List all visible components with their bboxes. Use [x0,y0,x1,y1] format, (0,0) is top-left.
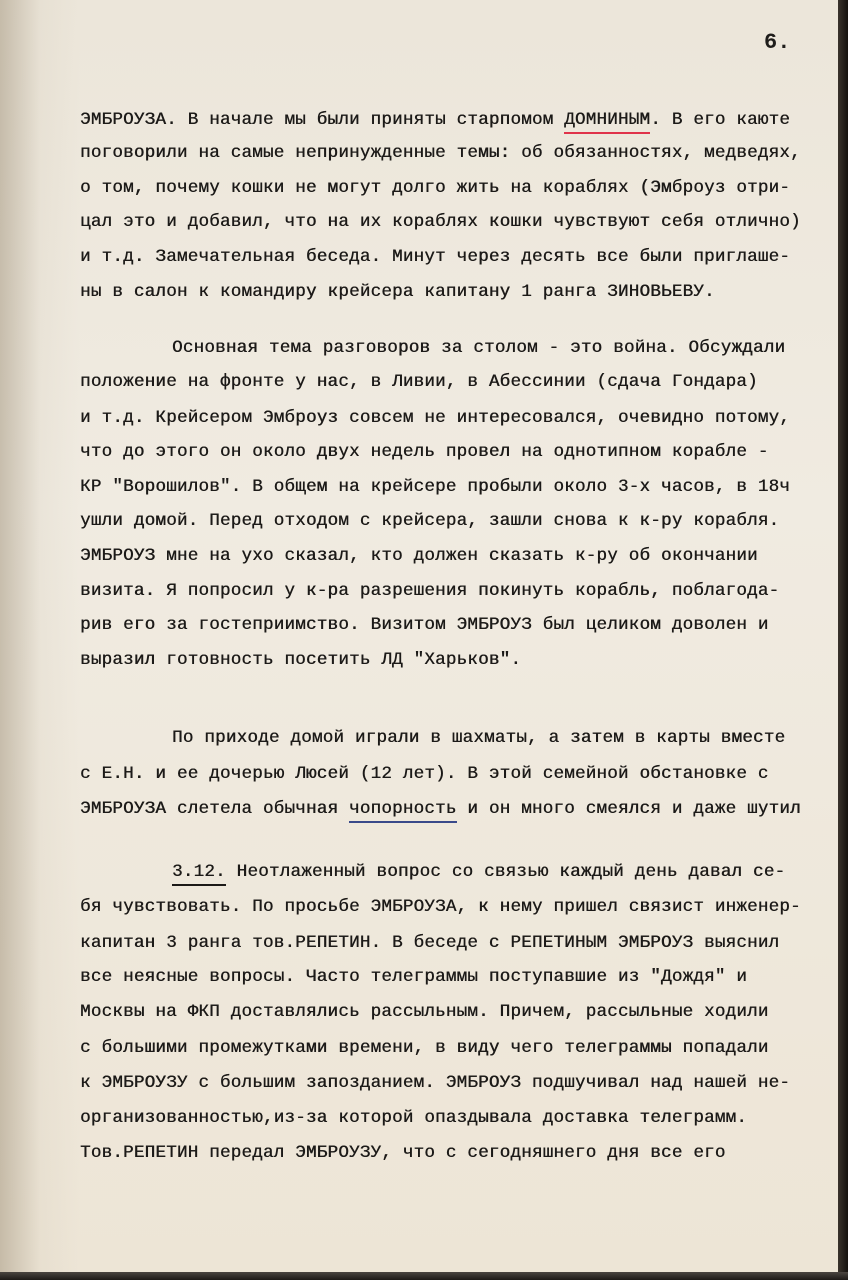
text-line: По приходе домой играли в шахматы, а зат… [172,728,785,748]
underlined-word: 3.12. [172,862,226,886]
text-line: Основная тема разговоров за столом - это… [172,338,785,358]
text-line: поговорили на самые непринужденные темы:… [80,143,801,163]
text-line: визита. Я попросил у к-ра разрешения пок… [80,581,779,601]
text-line: что до этого он около двух недель провел… [80,442,769,462]
text-line: бя чувствовать. По просьбе ЭМБРОУЗА, к н… [80,897,801,917]
text-line: выразил готовность посетить ЛД "Харьков"… [80,650,521,670]
text-line: организованностью,из-за которой опаздыва… [80,1108,747,1128]
text-line: ушли домой. Перед отходом с крейсера, за… [80,511,779,531]
text-line: цал это и добавил, что на их кораблях ко… [80,212,801,232]
underlined-word: чопорность [349,799,457,823]
page-number: 6. [764,30,790,55]
text-line: капитан 3 ранга тов.РЕПЕТИН. В беседе с … [80,933,779,953]
scan-edge-bottom [0,1272,848,1280]
text-line: все неясные вопросы. Часто телеграммы по… [80,967,747,987]
typewritten-page: 6. ЭМБРОУЗА. В начале мы были приняты ст… [0,0,838,1272]
text-line: о том, почему кошки не могут долго жить … [80,178,790,198]
text-line: с Е.Н. и ее дочерью Люсей (12 лет). В эт… [80,764,769,784]
text-line: ЭМБРОУЗ мне на ухо сказал, кто должен ск… [80,546,758,566]
text-line: положение на фронте у нас, в Ливии, в Аб… [80,372,758,392]
text-line: к ЭМБРОУЗУ с большим запозданием. ЭМБРОУ… [80,1073,790,1093]
text-line: рив его за гостеприимство. Визитом ЭМБРО… [80,615,769,635]
text-line: с большими промежутками времени, в виду … [80,1038,769,1058]
text-line: Тов.РЕПЕТИН передал ЭМБРОУЗУ, что с сего… [80,1143,725,1163]
text-line: ЭМБРОУЗА. В начале мы были приняты старп… [80,110,790,130]
text-line: КР "Ворошилов". В общем на крейсере проб… [80,477,790,497]
text-line: и т.д. Замечательная беседа. Минут через… [80,247,790,267]
scan-edge-right [838,0,848,1280]
underlined-word: ДОМНИНЫМ [564,110,650,134]
text-line: ЭМБРОУЗА слетела обычная чопорность и он… [80,799,801,819]
text-line: и т.д. Крейсером Эмброуз совсем не интер… [80,408,790,428]
text-line: ны в салон к командиру крейсера капитану… [80,282,715,302]
text-line: Москвы на ФКП доставлялись рассыльным. П… [80,1002,769,1022]
text-line: 3.12. Неотлаженный вопрос со связью кажд… [172,862,785,882]
